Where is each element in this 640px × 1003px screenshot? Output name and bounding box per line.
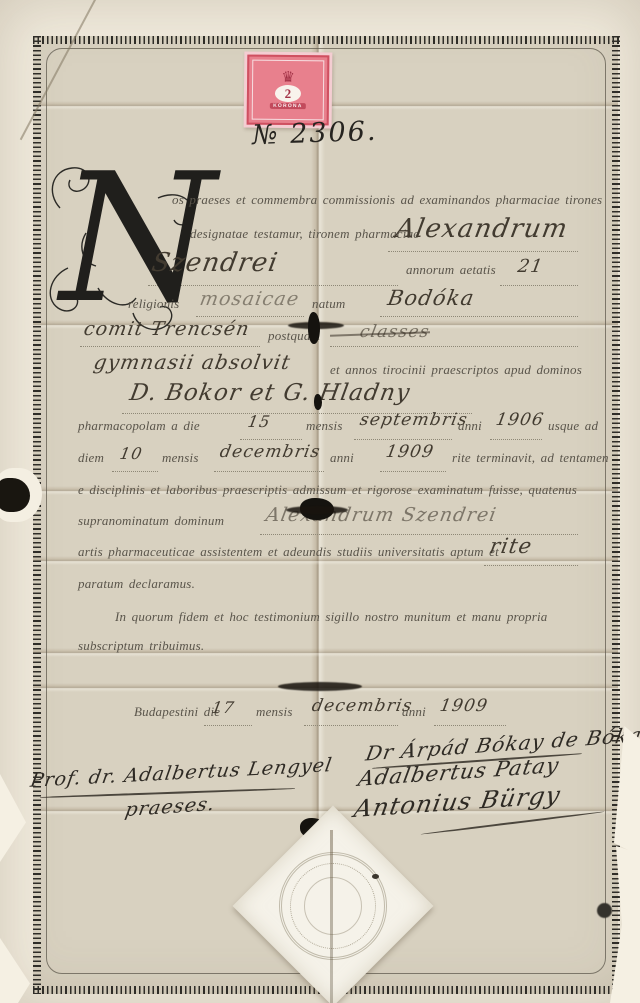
field-start-day: 15 — [246, 412, 272, 431]
ink-blot — [278, 682, 362, 691]
revenue-stamp-design: ♛ 2 KORONA — [247, 55, 330, 126]
seal-fold-crease — [330, 830, 333, 1003]
fillin-rule — [490, 438, 542, 440]
field-age: 21 — [516, 256, 545, 277]
stamp-denomination: 2 — [275, 85, 301, 102]
paper-margin-bottom — [0, 994, 640, 1003]
label-diem: diem — [78, 450, 104, 466]
field-masters: D. Bokor et G. Hladny — [128, 380, 413, 406]
field-date-day: 17 — [210, 698, 236, 717]
label-supranominatum: supranominatum dominum — [78, 513, 224, 529]
label-religion: religionis — [128, 296, 179, 312]
line-in-quorum: In quorum fidem et hoc testimonium sigil… — [115, 609, 547, 625]
certificate-photo: ♛ 2 KORONA № 2306. N os praeses et comme… — [0, 0, 640, 1003]
line-preamble: os praeses et commembra commissionis ad … — [172, 192, 602, 208]
frame-border-top — [33, 36, 620, 44]
paper-margin-top — [0, 0, 640, 36]
fillin-rule — [240, 438, 302, 440]
field-name: Alexandrum — [393, 214, 570, 244]
label-anni-3: anni — [402, 704, 426, 720]
field-rite: rite — [488, 534, 535, 558]
label-mensis-3: mensis — [256, 704, 293, 720]
field-end-year: 1909 — [384, 442, 436, 462]
label-usque: usque ad — [548, 418, 598, 434]
field-surname: Szendrei — [149, 248, 280, 278]
ink-blot — [286, 506, 348, 514]
field-religion: mosaicae — [198, 288, 301, 310]
line-testamur: designatae testamur, tironem pharmaciae — [190, 226, 419, 242]
fillin-rule — [204, 724, 252, 726]
ink-blot — [308, 312, 320, 344]
label-start: pharmacopolam a die — [78, 418, 200, 434]
label-budapestini: Budapestini die — [134, 704, 220, 720]
line-disciplinis: e disciplinis et laboribus praescriptis … — [78, 482, 577, 498]
field-start-month: septembris — [358, 410, 469, 430]
label-mensis-2: mensis — [162, 450, 199, 466]
field-start-year: 1906 — [494, 410, 546, 430]
fillin-rule — [80, 345, 260, 347]
fillin-rule — [330, 345, 578, 347]
label-tirocinii: et annos tirocinii praescriptos apud dom… — [330, 362, 582, 378]
label-anni-1: anni — [458, 418, 482, 434]
fillin-rule — [214, 470, 324, 472]
label-terminavit: rite terminavit, ad tentamen — [452, 450, 609, 466]
fillin-rule — [304, 724, 398, 726]
fillin-rule — [380, 315, 578, 317]
crown-icon: ♛ — [281, 71, 295, 84]
fillin-rule — [434, 724, 506, 726]
line-paratum: paratum declaramus. — [78, 576, 195, 592]
label-natum: natum — [312, 296, 346, 312]
field-county: comit Trencsén — [82, 318, 252, 340]
ink-blot — [314, 394, 322, 410]
field-date-year: 1909 — [438, 696, 490, 716]
punched-hole — [597, 903, 612, 918]
label-mensis-1: mensis — [306, 418, 343, 434]
seal-inner-ring — [304, 877, 362, 935]
line-subscriptum: subscriptum tribuimus. — [78, 638, 204, 654]
stamp-currency-label: KORONA — [270, 103, 305, 109]
fillin-rule — [500, 284, 578, 286]
fillin-rule — [484, 564, 578, 566]
field-gymnasium: gymnasii absolvit — [92, 350, 293, 374]
label-anni-2: anni — [330, 450, 354, 466]
line-assistentem: artis pharmaceuticae assistentem et adeu… — [78, 544, 499, 560]
field-date-month: decembris — [310, 696, 414, 716]
fillin-rule — [388, 250, 578, 252]
field-birthplace: Bodóka — [386, 286, 477, 310]
field-end-day: 10 — [118, 444, 144, 463]
fillin-rule — [112, 470, 158, 472]
label-age: annorum aetatis — [406, 262, 496, 278]
fillin-rule — [354, 438, 452, 440]
paper-speck — [372, 874, 379, 879]
torn-hole — [0, 478, 30, 512]
fillin-rule — [380, 470, 446, 472]
field-end-month: decembris — [218, 442, 322, 462]
certificate-number: № 2306. — [251, 116, 377, 151]
